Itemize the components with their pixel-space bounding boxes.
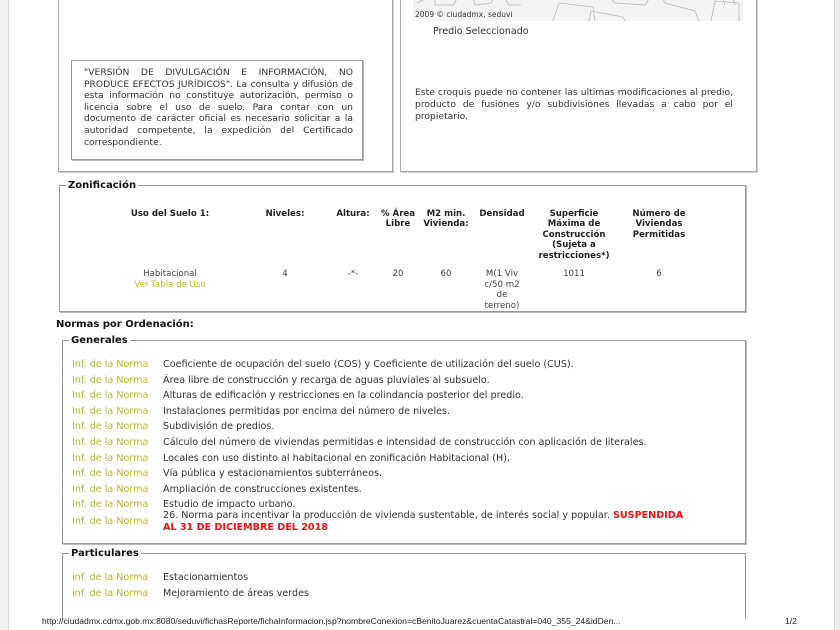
norma-text: Subdivisión de predios.	[163, 421, 274, 433]
croquis-note: Este croquis puede no contener las ultim…	[415, 87, 733, 122]
norma-info-link[interactable]: Inf. de la Norma	[72, 437, 163, 449]
value-uso-suelo: Habitacional Ver Tabla de Uso	[120, 269, 220, 290]
norma-row: Inf. de la NormaAlturas de edificación y…	[72, 390, 524, 402]
disclaimer-panel: "VERSIÓN DE DIVULGACIÓN E INFORMACIÓN, N…	[58, 0, 393, 172]
norma-info-link[interactable]: Inf. de la Norma	[72, 375, 163, 387]
header-num-viviendas: Número de Viviendas Permitidas	[624, 209, 694, 240]
norma-text: Mejoramiento de áreas verdes	[163, 588, 309, 600]
norma-info-link[interactable]: Inf. de la Norma	[72, 421, 163, 433]
map-credit: 2009 © ciudadmx, seduvi	[415, 10, 513, 19]
norma-row: inf. de la NormaEstacionamientos	[72, 572, 248, 584]
footer-page-number: 1/2	[785, 616, 797, 626]
suspended-badge: SUSPENDIDA	[613, 510, 683, 521]
value-superficie: 1011	[534, 269, 614, 280]
norma-text: Coeficiente de ocupación del suelo (COS)…	[163, 359, 574, 371]
norma-row: Inf. de la NormaCálculo del número de vi…	[72, 437, 647, 449]
header-superficie: Superficie Máxima de Construcción (Sujet…	[534, 209, 614, 261]
particulares-legend: Particulares	[69, 548, 141, 559]
norma-text: Locales con uso distinto al habitacional…	[163, 453, 510, 465]
header-altura: Altura:	[328, 209, 378, 219]
header-uso-suelo: Uso del Suelo 1:	[100, 209, 240, 219]
particulares-section: Particulares inf. de la NormaEstacionami…	[62, 548, 746, 619]
zonificacion-legend: Zonificación	[66, 180, 138, 191]
uso-suelo-value: Habitacional	[120, 269, 220, 280]
suspended-date: AL 31 DE DICIEMBRE DEL 2018	[163, 522, 328, 533]
value-area-libre: 20	[378, 269, 418, 280]
parcel-map[interactable]: 2009 © ciudadmx, seduvi	[413, 0, 743, 21]
norma-row: Inf. de la NormaLocales con uso distinto…	[72, 453, 510, 465]
norma-row: Inf. de la NormaSubdivisión de predios.	[72, 421, 274, 433]
norma-row: Inf. de la NormaInstalaciones permitidas…	[72, 406, 450, 418]
generales-legend: Generales	[69, 335, 130, 346]
norma-text: Alturas de edificación y restricciones e…	[163, 390, 524, 402]
disclaimer-box: "VERSIÓN DE DIVULGACIÓN E INFORMACIÓN, N…	[71, 60, 363, 160]
generales-section: Generales Inf. de la NormaCoeficiente de…	[62, 335, 746, 544]
norma-row: inf. de la NormaMejoramiento de áreas ve…	[72, 588, 309, 600]
norma-text: Vía pública y estacionamientos subterrán…	[163, 468, 382, 480]
value-niveles: 4	[250, 269, 320, 280]
map-panel: 2009 © ciudadmx, seduvi Predio Seleccion…	[400, 0, 757, 172]
norma-info-link[interactable]: Inf. de la Norma	[72, 406, 163, 418]
norma-text: Instalaciones permitidas por encima del …	[163, 406, 450, 418]
norma-info-link[interactable]: Inf. de la Norma	[72, 484, 163, 496]
page-left-edge	[0, 0, 9, 630]
norma-text: Cálculo del número de viviendas permitid…	[163, 437, 647, 449]
footer-url: http://ciudadmx.cdmx.gob.mx:8080/seduvi/…	[42, 616, 621, 626]
ver-tabla-de-uso-link[interactable]: Ver Tabla de Uso	[120, 280, 220, 291]
norma-text: Ampliación de construcciones existentes.	[163, 484, 362, 496]
norma-text: Área libre de construcción y recarga de …	[163, 375, 490, 387]
norma-info-link[interactable]: inf. de la Norma	[72, 572, 163, 584]
header-densidad: Densidad	[476, 209, 528, 219]
norma-row: Inf. de la NormaAmpliación de construcci…	[72, 484, 362, 496]
value-altura: -*-	[328, 269, 378, 280]
selected-parcel-label: Predio Seleccionado	[433, 26, 529, 37]
norma-26-text: 26. Norma para incentivar la producción …	[163, 510, 610, 521]
norma-row: Inf. de la NormaVía pública y estacionam…	[72, 468, 382, 480]
norma-info-link[interactable]: inf. de la Norma	[72, 588, 163, 600]
value-densidad: M(1 Viv c/50 m2 de terreno)	[480, 269, 524, 311]
zonificacion-section: Zonificación Uso del Suelo 1: Niveles: A…	[59, 180, 746, 312]
norma-row: Inf. de la NormaCoeficiente de ocupación…	[72, 359, 574, 371]
norma-row: Inf. de la NormaÁrea libre de construcci…	[72, 375, 490, 387]
page-scrollbar[interactable]	[834, 0, 840, 630]
norma-row-26: Inf. de la Norma26. Norma para incentiva…	[72, 510, 683, 534]
norma-info-link[interactable]: Inf. de la Norma	[72, 468, 163, 480]
normas-title: Normas por Ordenación:	[56, 319, 194, 330]
norma-info-link[interactable]: Inf. de la Norma	[72, 510, 163, 528]
value-m2-min: 60	[418, 269, 474, 280]
norma-info-link[interactable]: Inf. de la Norma	[72, 453, 163, 465]
norma-text: Estacionamientos	[163, 572, 248, 584]
norma-info-link[interactable]: Inf. de la Norma	[72, 390, 163, 402]
norma-info-link[interactable]: Inf. de la Norma	[72, 359, 163, 371]
value-num-viviendas: 6	[624, 269, 694, 280]
header-area-libre: % Área Libre	[378, 209, 418, 230]
norma-text: 26. Norma para incentivar la producción …	[163, 510, 683, 534]
header-niveles: Niveles:	[250, 209, 320, 219]
header-m2-min: M2 min. Vivienda:	[418, 209, 474, 230]
